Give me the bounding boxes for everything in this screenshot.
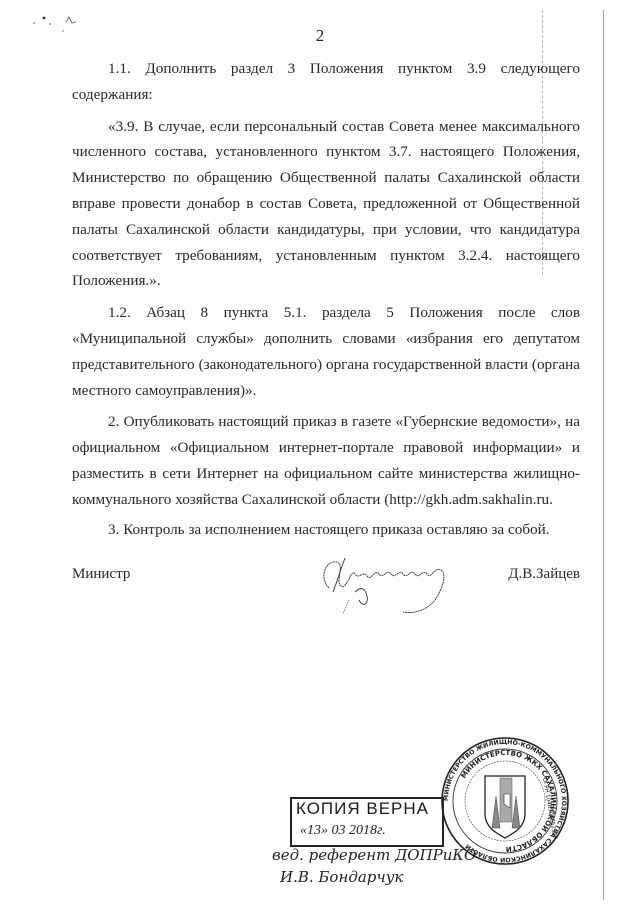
paragraph-3: 3. Контроль за исполнением настоящего пр… (72, 517, 580, 543)
handwritten-signature (315, 548, 465, 618)
paragraph-1-2: 1.2. Абзац 8 пункта 5.1. раздела 5 Полож… (72, 300, 580, 403)
document-page: 2 1.1. Дополнить раздел 3 Положения пунк… (0, 0, 640, 905)
official-seal: МИНИСТЕРСТВО ЖИЛИЩНО-КОММУНАЛЬНОГО ХОЗЯЙ… (440, 736, 570, 866)
scan-edge-line (603, 10, 604, 900)
copy-stamp-date: «13» 03 2018г. (300, 823, 386, 839)
copy-stamp-label: КОПИЯ ВЕРНА (296, 799, 429, 819)
copy-certified-stamp: КОПИЯ ВЕРНА «13» 03 2018г. (290, 797, 444, 847)
paragraph-2: 2. Опубликовать настоящий приказ в газет… (72, 409, 580, 512)
paragraph-3-9-quote: «3.9. В случае, если персональный состав… (72, 114, 580, 295)
signatory-title: Министр (72, 566, 130, 583)
paragraph-1-1: 1.1. Дополнить раздел 3 Положения пункто… (72, 56, 580, 108)
signatory-name: Д.В.Зайцев (508, 566, 580, 583)
page-number: 2 (0, 26, 640, 46)
document-body: 1.1. Дополнить раздел 3 Положения пункто… (72, 56, 580, 542)
handwritten-name: И.В. Бондарчук (280, 868, 403, 886)
